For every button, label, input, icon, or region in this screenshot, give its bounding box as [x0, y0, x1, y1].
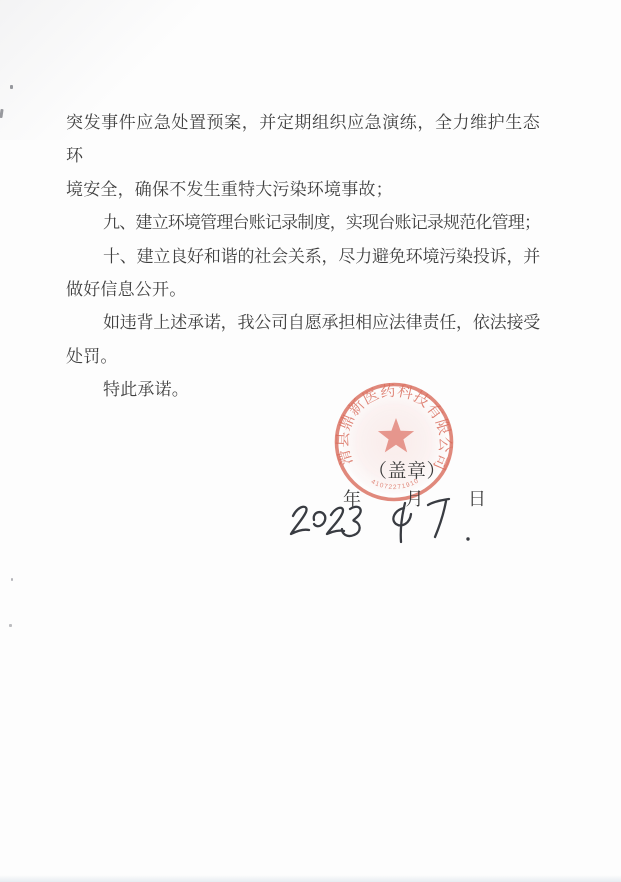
text-line: 做好信息公开。: [66, 273, 540, 306]
stamp-here-label: （盖章）: [368, 456, 446, 483]
text-line: 十、建立良好和谐的社会关系，尽力避免环境污染投诉，并: [66, 240, 540, 273]
scan-edge-mark: [0, 109, 4, 118]
document-body: 突发事件应急处置预案，并定期组织应急演练，全力维护生态环 境安全，确保不发生重特…: [66, 106, 540, 407]
text-line: 处罚。: [66, 340, 540, 373]
scan-speck: [10, 85, 13, 89]
handwritten-year: [291, 507, 309, 534]
handwritten-date-2023-4-7: [281, 496, 481, 551]
scan-speck: [11, 578, 13, 581]
text-line: 突发事件应急处置预案，并定期组织应急演练，全力维护生态环: [66, 106, 540, 173]
handwritten-period: [466, 537, 469, 540]
scan-speck: [9, 624, 12, 627]
text-line: 特此承诺。: [66, 373, 540, 406]
text-line: 如违背上述承诺，我公司自愿承担相应法律责任，依法接受: [66, 306, 540, 339]
scan-bottom-edge: [0, 875, 621, 882]
text-line: 境安全，确保不发生重特大污染环境事故；: [66, 173, 540, 206]
scanned-document-page: 突发事件应急处置预案，并定期组织应急演练，全力维护生态环 境安全，确保不发生重特…: [0, 0, 621, 882]
text-line: 九、建立环境管理台账记录制度，实现台账记录规范化管理；: [66, 206, 540, 239]
